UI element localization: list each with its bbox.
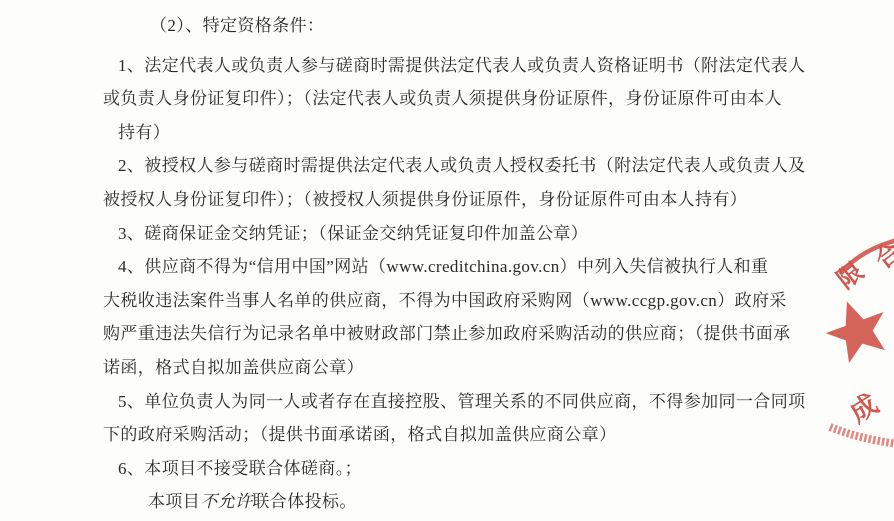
doc-line: 或负责人身份证复印件）；（法定代表人或负责人须提供身份证原件，身份证原件可由本人 xyxy=(103,82,843,116)
doc-line: 持有） xyxy=(103,116,843,150)
doc-line: 购严重违法失信行为记录名单中被财政部门禁止参加政府采购活动的供应商；（提供书面承 xyxy=(103,317,843,351)
seal-char-top-partial: 合 xyxy=(869,236,894,274)
note-emphasis-italic: 不允许 xyxy=(200,492,252,511)
document-page: （2）、特定资格条件： 1、法定代表人或负责人参与磋商时需提供法定代表人或负责人… xyxy=(0,0,894,521)
seal-star-icon xyxy=(818,291,894,367)
note-line: 本项目不允许联合体投标。 xyxy=(103,485,843,519)
seal-arc-text-band xyxy=(830,427,894,444)
doc-line: 下的政府采购活动；（提供书面承诺函，格式自拟加盖供应商公章） xyxy=(103,418,843,452)
note-prefix: 本项目 xyxy=(148,492,200,511)
doc-line: 2、被授权人参与磋商时需提供法定代表人或负责人授权委托书（附法定代表人或负责人及 xyxy=(103,149,843,183)
section-heading: （2）、特定资格条件： xyxy=(103,9,843,43)
doc-line: 1、法定代表人或负责人参与磋商时需提供法定代表人或负责人资格证明书（附法定代表人 xyxy=(103,49,843,83)
document-body: （2）、特定资格条件： 1、法定代表人或负责人参与磋商时需提供法定代表人或负责人… xyxy=(103,9,843,519)
doc-line: 被授权人身份证复印件）；（被授权人须提供身份证原件，身份证原件可由本人持有） xyxy=(103,183,843,217)
red-company-seal: 限 合 成 xyxy=(804,226,894,481)
seal-char-top: 限 xyxy=(832,257,869,294)
note-suffix: 联合体投标。 xyxy=(252,492,356,511)
doc-line: 3、磋商保证金交纳凭证；（保证金交纳凭证复印件加盖公章） xyxy=(103,217,843,251)
doc-line: 4、供应商不得为“信用中国”网站（www.creditchina.gov.cn）… xyxy=(103,250,843,284)
doc-line: 大税收违法案件当事人名单的供应商，不得为中国政府采购网（www.ccgp.gov… xyxy=(103,284,843,318)
seal-char-bottom: 成 xyxy=(845,389,884,429)
doc-line: 5、单位负责人为同一人或者存在直接控股、管理关系的不同供应商，不得参加同一合同项 xyxy=(103,385,843,419)
doc-line: 6、本项目不接受联合体磋商。； xyxy=(103,452,843,486)
doc-line: 诺函，格式自拟加盖供应商公章） xyxy=(103,351,843,385)
